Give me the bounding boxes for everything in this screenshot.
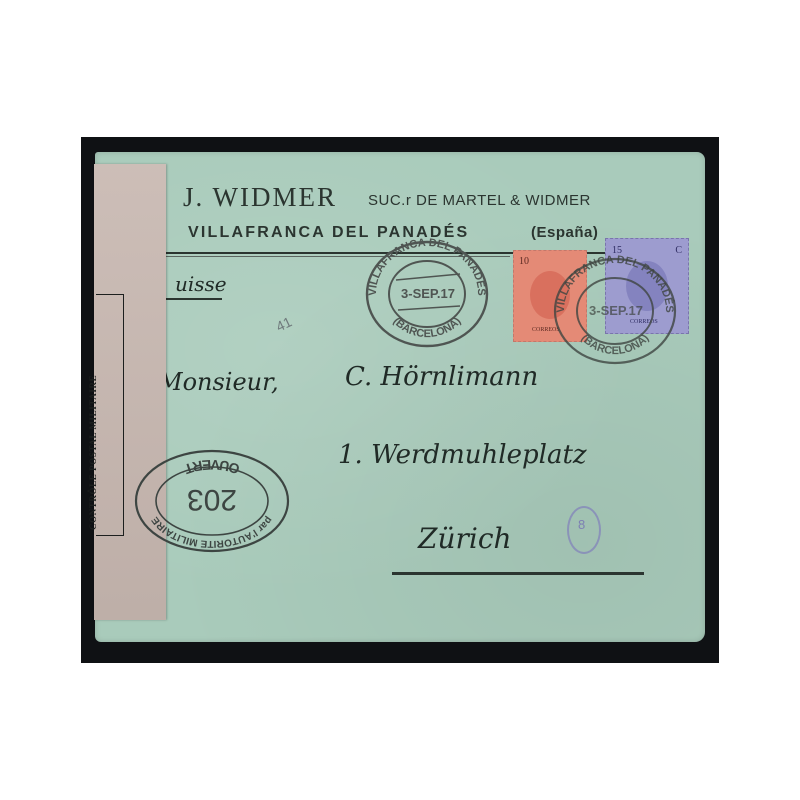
censor-tape-label: CONTRÔLE POSTAL MILITAIRE	[88, 375, 98, 530]
examiner-number: 8	[578, 517, 585, 532]
handwritten-city: Zürich	[418, 522, 512, 555]
country-underline	[160, 298, 222, 300]
handwritten-street: 1. Werdmuhleplatz	[338, 440, 587, 470]
letterhead-rule-thin	[160, 256, 510, 257]
letterhead-successor: SUC.r DE MARTEL & WIDMER	[368, 192, 591, 209]
postage-stamp-10c: 10 CORREOS	[513, 250, 587, 342]
king-portrait-icon	[530, 271, 570, 319]
king-portrait-icon	[626, 261, 668, 311]
stamp-value: 10	[519, 256, 529, 267]
handwritten-salutation: Monsieur,	[158, 368, 279, 396]
stamp-value: 15	[612, 245, 622, 256]
stamp-caption: CORREOS	[532, 327, 560, 333]
letterhead-company-name: J. WIDMER	[183, 182, 337, 213]
stamp-caption: CORREOS	[630, 319, 658, 325]
letterhead-town: VILLAFRANCA DEL PANADÉS	[188, 224, 469, 242]
handwritten-country: uisse	[175, 272, 227, 296]
censor-tape-frame	[96, 294, 124, 536]
stamp-unit: C	[675, 245, 682, 256]
letterhead-country: (España)	[531, 224, 598, 241]
city-underline	[392, 572, 644, 575]
postage-stamp-15c: 15 C CORREOS	[605, 238, 689, 334]
handwritten-recipient: C. Hörnlimann	[345, 362, 538, 392]
